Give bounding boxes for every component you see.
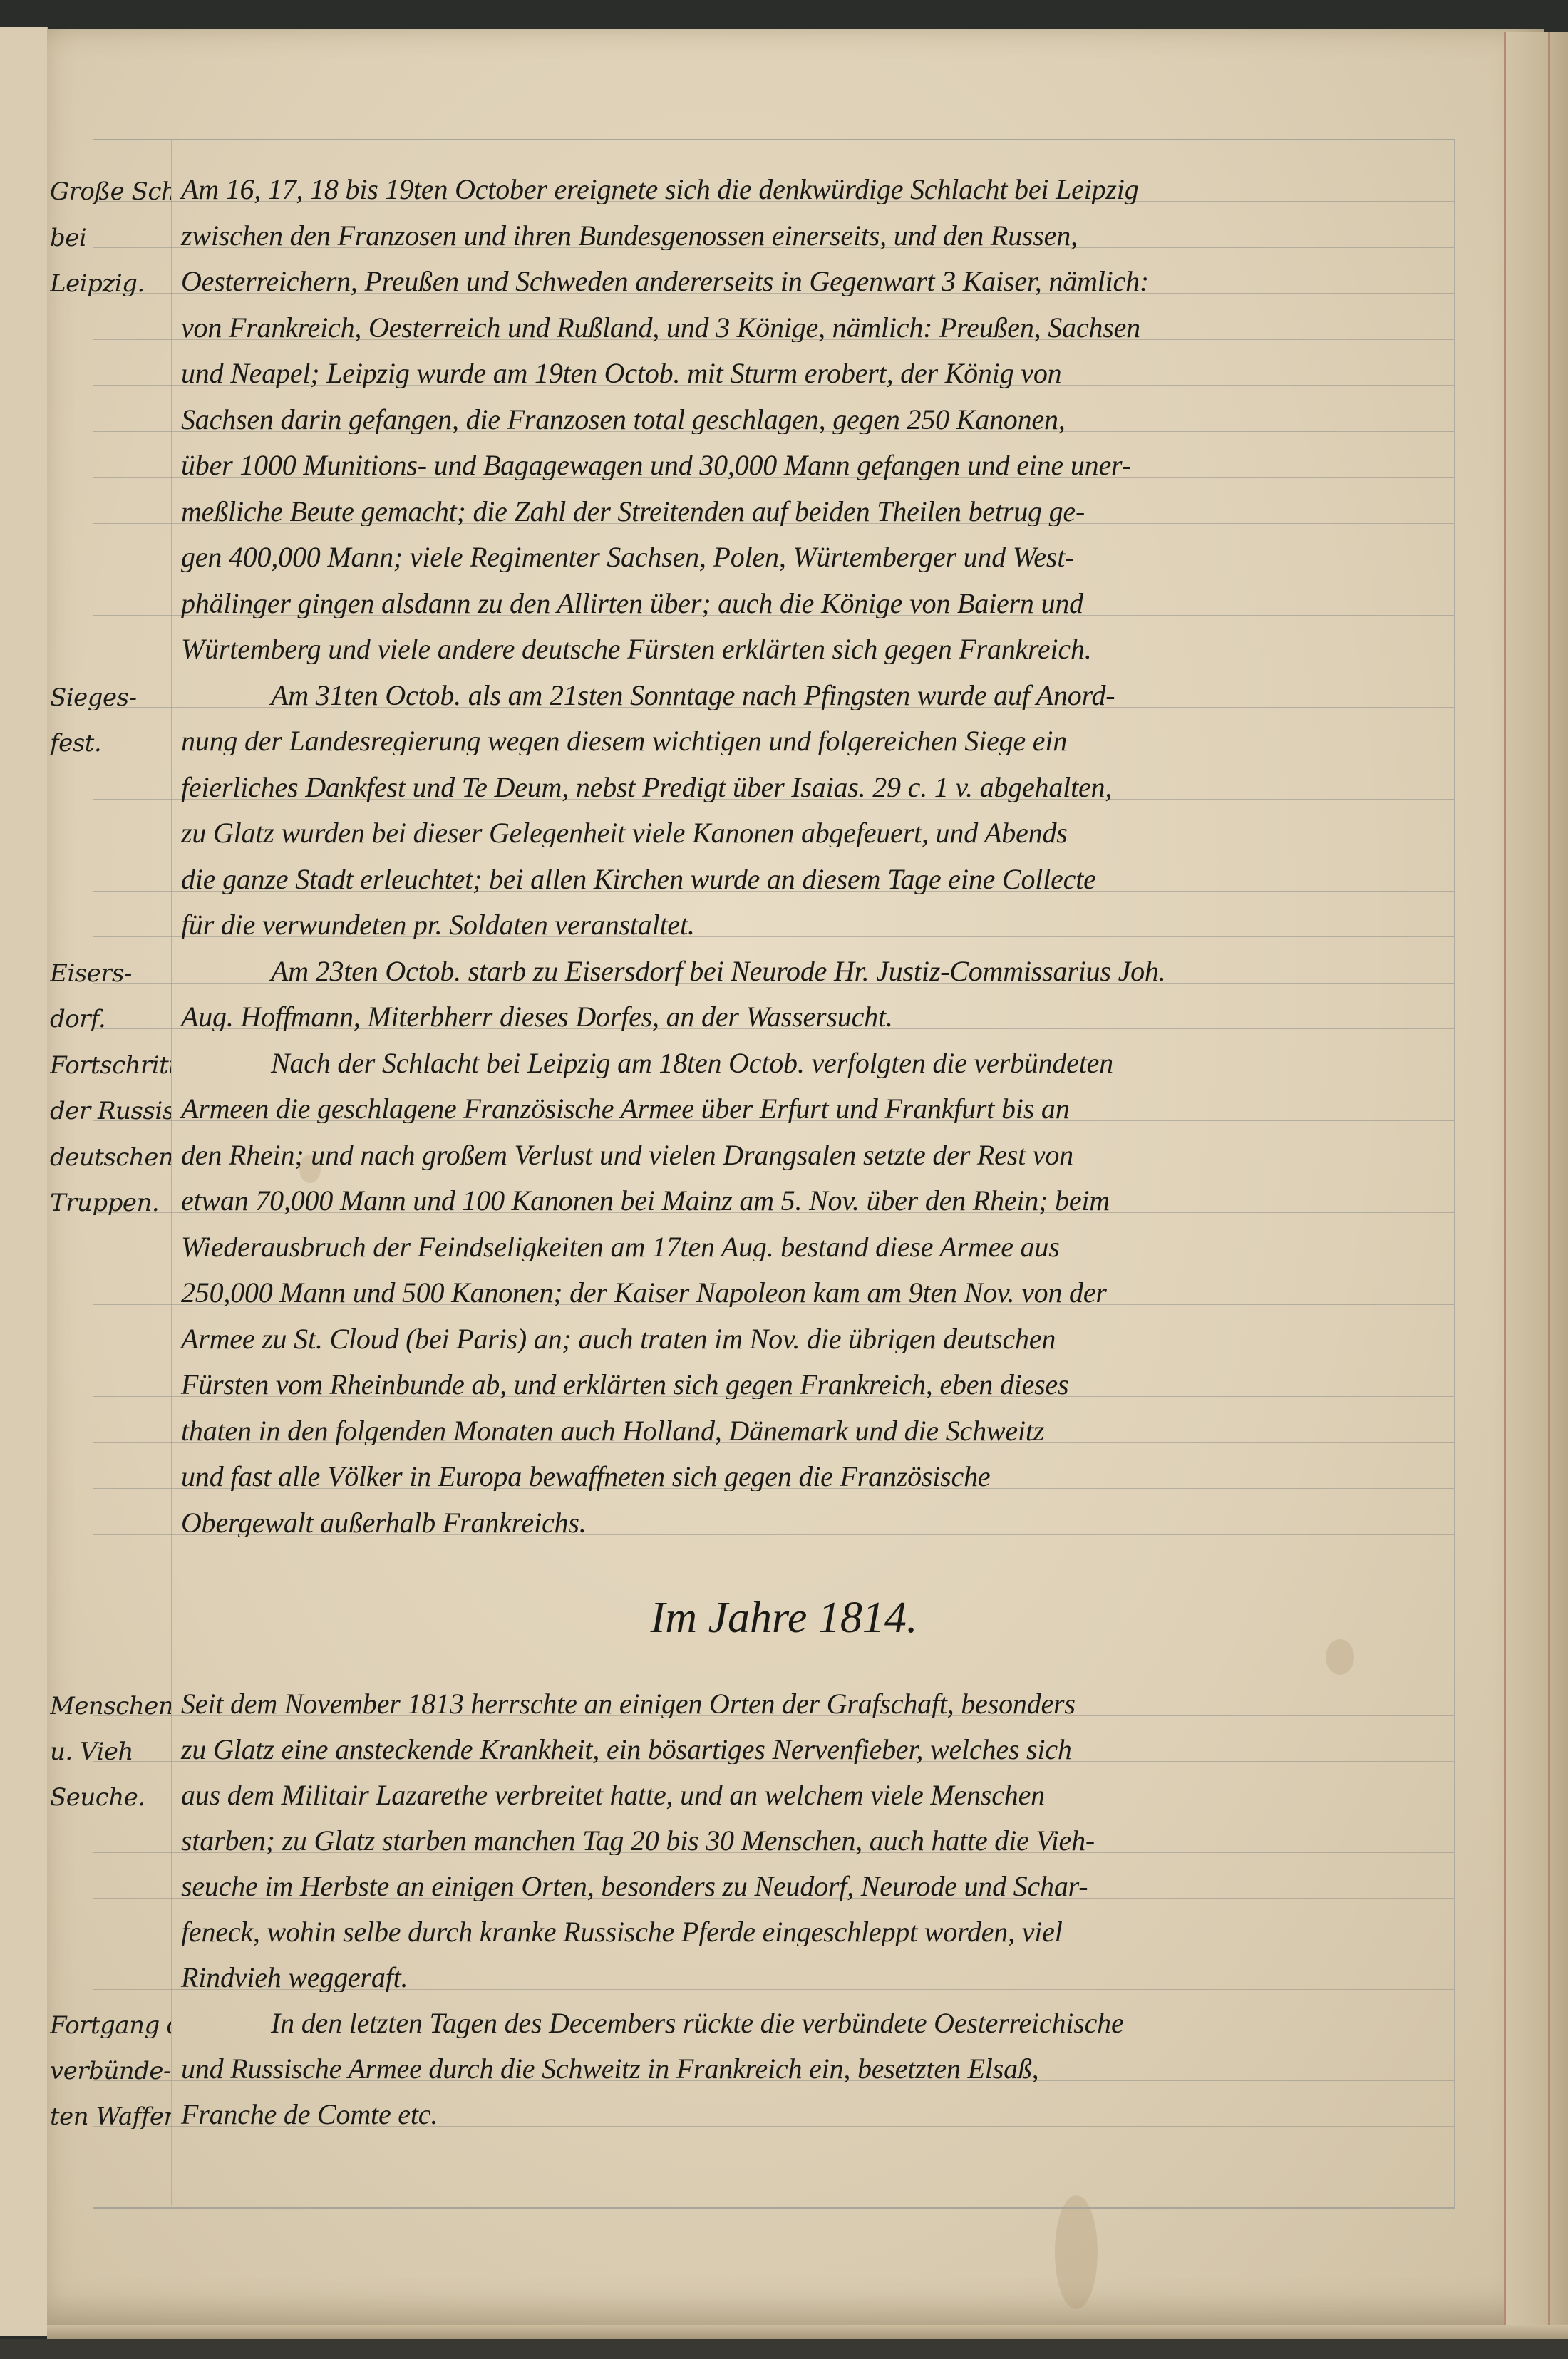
text-line: feierliches Dankfest und Te Deum, nebst … <box>50 755 1461 802</box>
text-line: FortschritteNach der Schlacht bei Leipzi… <box>50 1031 1461 1078</box>
body-text: zu Glatz eine ansteckende Krankheit, ein… <box>171 1735 1461 1764</box>
text-line: MenschenSeit dem November 1813 herrschte… <box>50 1671 1461 1718</box>
body-text: Aug. Hoffmann, Miterbherr dieses Dorfes,… <box>171 1003 1461 1031</box>
body-text: und fast alle Völker in Europa bewaffnet… <box>171 1462 1461 1491</box>
margin-note: deutschen <box>50 1145 171 1170</box>
body-text: Seit dem November 1813 herrschte an eini… <box>171 1690 1461 1718</box>
margin-note: Leipzig. <box>50 272 171 296</box>
text-line: ten Waffen.Franche de Comte etc. <box>50 2082 1461 2129</box>
page-stack-edge <box>1504 32 1568 2327</box>
paper-stain <box>1055 2195 1098 2309</box>
body-text: Sachsen darin gefangen, die Franzosen to… <box>171 406 1461 434</box>
text-line: Wiederausbruch der Feindseligkeiten am 1… <box>50 1214 1461 1261</box>
margin-note: bei <box>50 226 171 250</box>
body-text: Am 16, 17, 18 bis 19ten October ereignet… <box>171 175 1461 204</box>
text-line: Obergewalt außerhalb Frankreichs. <box>50 1490 1461 1537</box>
year-heading: Im Jahre 1814. <box>0 1593 1568 1643</box>
body-text: die ganze Stadt erleuchtet; bei allen Ki… <box>171 865 1461 894</box>
body-text: Am 23ten Octob. starb zu Eisersdorf bei … <box>171 957 1461 986</box>
margin-note: Eisers- <box>50 961 171 986</box>
body-text: Wiederausbruch der Feindseligkeiten am 1… <box>171 1233 1461 1261</box>
margin-note: verbünde- <box>50 2059 171 2083</box>
body-text: etwan 70,000 Mann und 100 Kanonen bei Ma… <box>171 1187 1461 1215</box>
text-line: verbünde-und Russische Armee durch die S… <box>50 2036 1461 2083</box>
text-line: Große SchlachtAm 16, 17, 18 bis 19ten Oc… <box>50 157 1461 204</box>
margin-note: Truppen. <box>50 1191 171 1215</box>
body-text: starben; zu Glatz starben manchen Tag 20… <box>171 1827 1461 1855</box>
text-line: seuche im Herbste an einigen Orten, beso… <box>50 1854 1461 1901</box>
body-text: über 1000 Munitions- und Bagagewagen und… <box>171 451 1461 480</box>
body-text: Würtemberg und viele andere deutsche Für… <box>171 635 1461 664</box>
body-text: seuche im Herbste an einigen Orten, beso… <box>171 1872 1461 1901</box>
text-line: phälinger gingen alsdann zu den Allirten… <box>50 571 1461 618</box>
text-line: beizwischen den Franzosen und ihren Bund… <box>50 203 1461 250</box>
text-line: thaten in den folgenden Monaten auch Hol… <box>50 1398 1461 1445</box>
text-line: Eisers-Am 23ten Octob. starb zu Eisersdo… <box>50 939 1461 986</box>
facing-page-edge <box>0 27 48 2336</box>
body-text: für die verwundeten pr. Soldaten veranst… <box>171 911 1461 939</box>
margin-note: Seuche. <box>50 1785 171 1810</box>
book-binding <box>0 2339 1568 2359</box>
text-line: von Frankreich, Oesterreich und Rußland,… <box>50 295 1461 342</box>
text-line: und Neapel; Leipzig wurde am 19ten Octob… <box>50 341 1461 388</box>
body-text: Oesterreichern, Preußen und Schweden and… <box>171 267 1461 296</box>
text-line: Sachsen darin gefangen, die Franzosen to… <box>50 387 1461 434</box>
text-line: Würtemberg und viele andere deutsche Für… <box>50 616 1461 664</box>
text-line: Sieges-Am 31ten Octob. als am 21sten Son… <box>50 663 1461 710</box>
text-line: meßliche Beute gemacht; die Zahl der Str… <box>50 479 1461 526</box>
text-line: Seuche.aus dem Militair Lazarethe verbre… <box>50 1762 1461 1810</box>
body-text: meßliche Beute gemacht; die Zahl der Str… <box>171 497 1461 526</box>
body-text: und Neapel; Leipzig wurde am 19ten Octob… <box>171 359 1461 388</box>
margin-note: u. Vieh <box>50 1740 171 1764</box>
text-line: dorf.Aug. Hoffmann, Miterbherr dieses Do… <box>50 984 1461 1031</box>
text-line: für die verwundeten pr. Soldaten veranst… <box>50 892 1461 939</box>
margin-note: ten Waffen. <box>50 2105 171 2129</box>
margin-note: Große Schlacht <box>50 180 171 204</box>
margin-note: Sieges- <box>50 686 171 710</box>
body-text: Armee zu St. Cloud (bei Paris) an; auch … <box>171 1325 1461 1353</box>
text-line: der RussischArmeen die geschlagene Franz… <box>50 1076 1461 1123</box>
text-line: Armee zu St. Cloud (bei Paris) an; auch … <box>50 1306 1461 1353</box>
body-text: thaten in den folgenden Monaten auch Hol… <box>171 1417 1461 1445</box>
text-line: Rindvieh weggeraft. <box>50 1945 1461 1992</box>
text-line: feneck, wohin selbe durch kranke Russisc… <box>50 1899 1461 1946</box>
text-line: gen 400,000 Mann; viele Regimenter Sachs… <box>50 525 1461 572</box>
margin-note: fest. <box>50 731 171 755</box>
body-text: gen 400,000 Mann; viele Regimenter Sachs… <box>171 543 1461 572</box>
body-text: zwischen den Franzosen und ihren Bundesg… <box>171 222 1461 250</box>
body-text: phälinger gingen alsdann zu den Allirten… <box>171 589 1461 618</box>
text-line: deutschenden Rhein; und nach großem Verl… <box>50 1122 1461 1170</box>
page-bottom-edge <box>47 2325 1568 2339</box>
text-line: über 1000 Munitions- und Bagagewagen und… <box>50 433 1461 480</box>
text-line: und fast alle Völker in Europa bewaffnet… <box>50 1444 1461 1491</box>
body-text: feierliches Dankfest und Te Deum, nebst … <box>171 773 1461 802</box>
body-text: Rindvieh weggeraft. <box>171 1963 1461 1992</box>
body-text: Nach der Schlacht bei Leipzig am 18ten O… <box>171 1049 1461 1078</box>
margin-note: Fortgang der <box>50 2013 171 2038</box>
body-text: von Frankreich, Oesterreich und Rußland,… <box>171 314 1461 342</box>
body-text: Franche de Comte etc. <box>171 2100 1461 2129</box>
body-text: den Rhein; und nach großem Verlust und v… <box>171 1141 1461 1170</box>
text-line: Leipzig.Oesterreichern, Preußen und Schw… <box>50 249 1461 296</box>
text-line: 250,000 Mann und 500 Kanonen; der Kaiser… <box>50 1260 1461 1307</box>
body-text: zu Glatz wurden bei dieser Gelegenheit v… <box>171 819 1461 847</box>
body-text: feneck, wohin selbe durch kranke Russisc… <box>171 1918 1461 1946</box>
body-text: 250,000 Mann und 500 Kanonen; der Kaiser… <box>171 1279 1461 1307</box>
margin-note: dorf. <box>50 1007 171 1031</box>
text-line: zu Glatz wurden bei dieser Gelegenheit v… <box>50 800 1461 847</box>
text-line: u. Viehzu Glatz eine ansteckende Krankhe… <box>50 1717 1461 1764</box>
text-line: fest.nung der Landesregierung wegen dies… <box>50 708 1461 755</box>
body-text: Armeen die geschlagene Französische Arme… <box>171 1095 1461 1123</box>
text-line: Fürsten vom Rheinbunde ab, und erklärten… <box>50 1352 1461 1399</box>
margin-note: Menschen <box>50 1694 171 1718</box>
text-line: starben; zu Glatz starben manchen Tag 20… <box>50 1808 1461 1855</box>
body-text: nung der Landesregierung wegen diesem wi… <box>171 727 1461 755</box>
body-text: Obergewalt außerhalb Frankreichs. <box>171 1509 1461 1537</box>
body-text: und Russische Armee durch die Schweitz i… <box>171 2055 1461 2083</box>
text-line: die ganze Stadt erleuchtet; bei allen Ki… <box>50 847 1461 894</box>
body-text: In den letzten Tagen des Decembers rückt… <box>171 2009 1461 2038</box>
body-text: Am 31ten Octob. als am 21sten Sonntage n… <box>171 681 1461 710</box>
text-line: Fortgang derIn den letzten Tagen des Dec… <box>50 1991 1461 2038</box>
body-text: aus dem Militair Lazarethe verbreitet ha… <box>171 1781 1461 1810</box>
text-line: Truppen.etwan 70,000 Mann und 100 Kanone… <box>50 1168 1461 1215</box>
margin-note: der Russisch <box>50 1099 171 1123</box>
margin-note: Fortschritte <box>50 1053 171 1078</box>
body-text: Fürsten vom Rheinbunde ab, und erklärten… <box>171 1371 1461 1399</box>
